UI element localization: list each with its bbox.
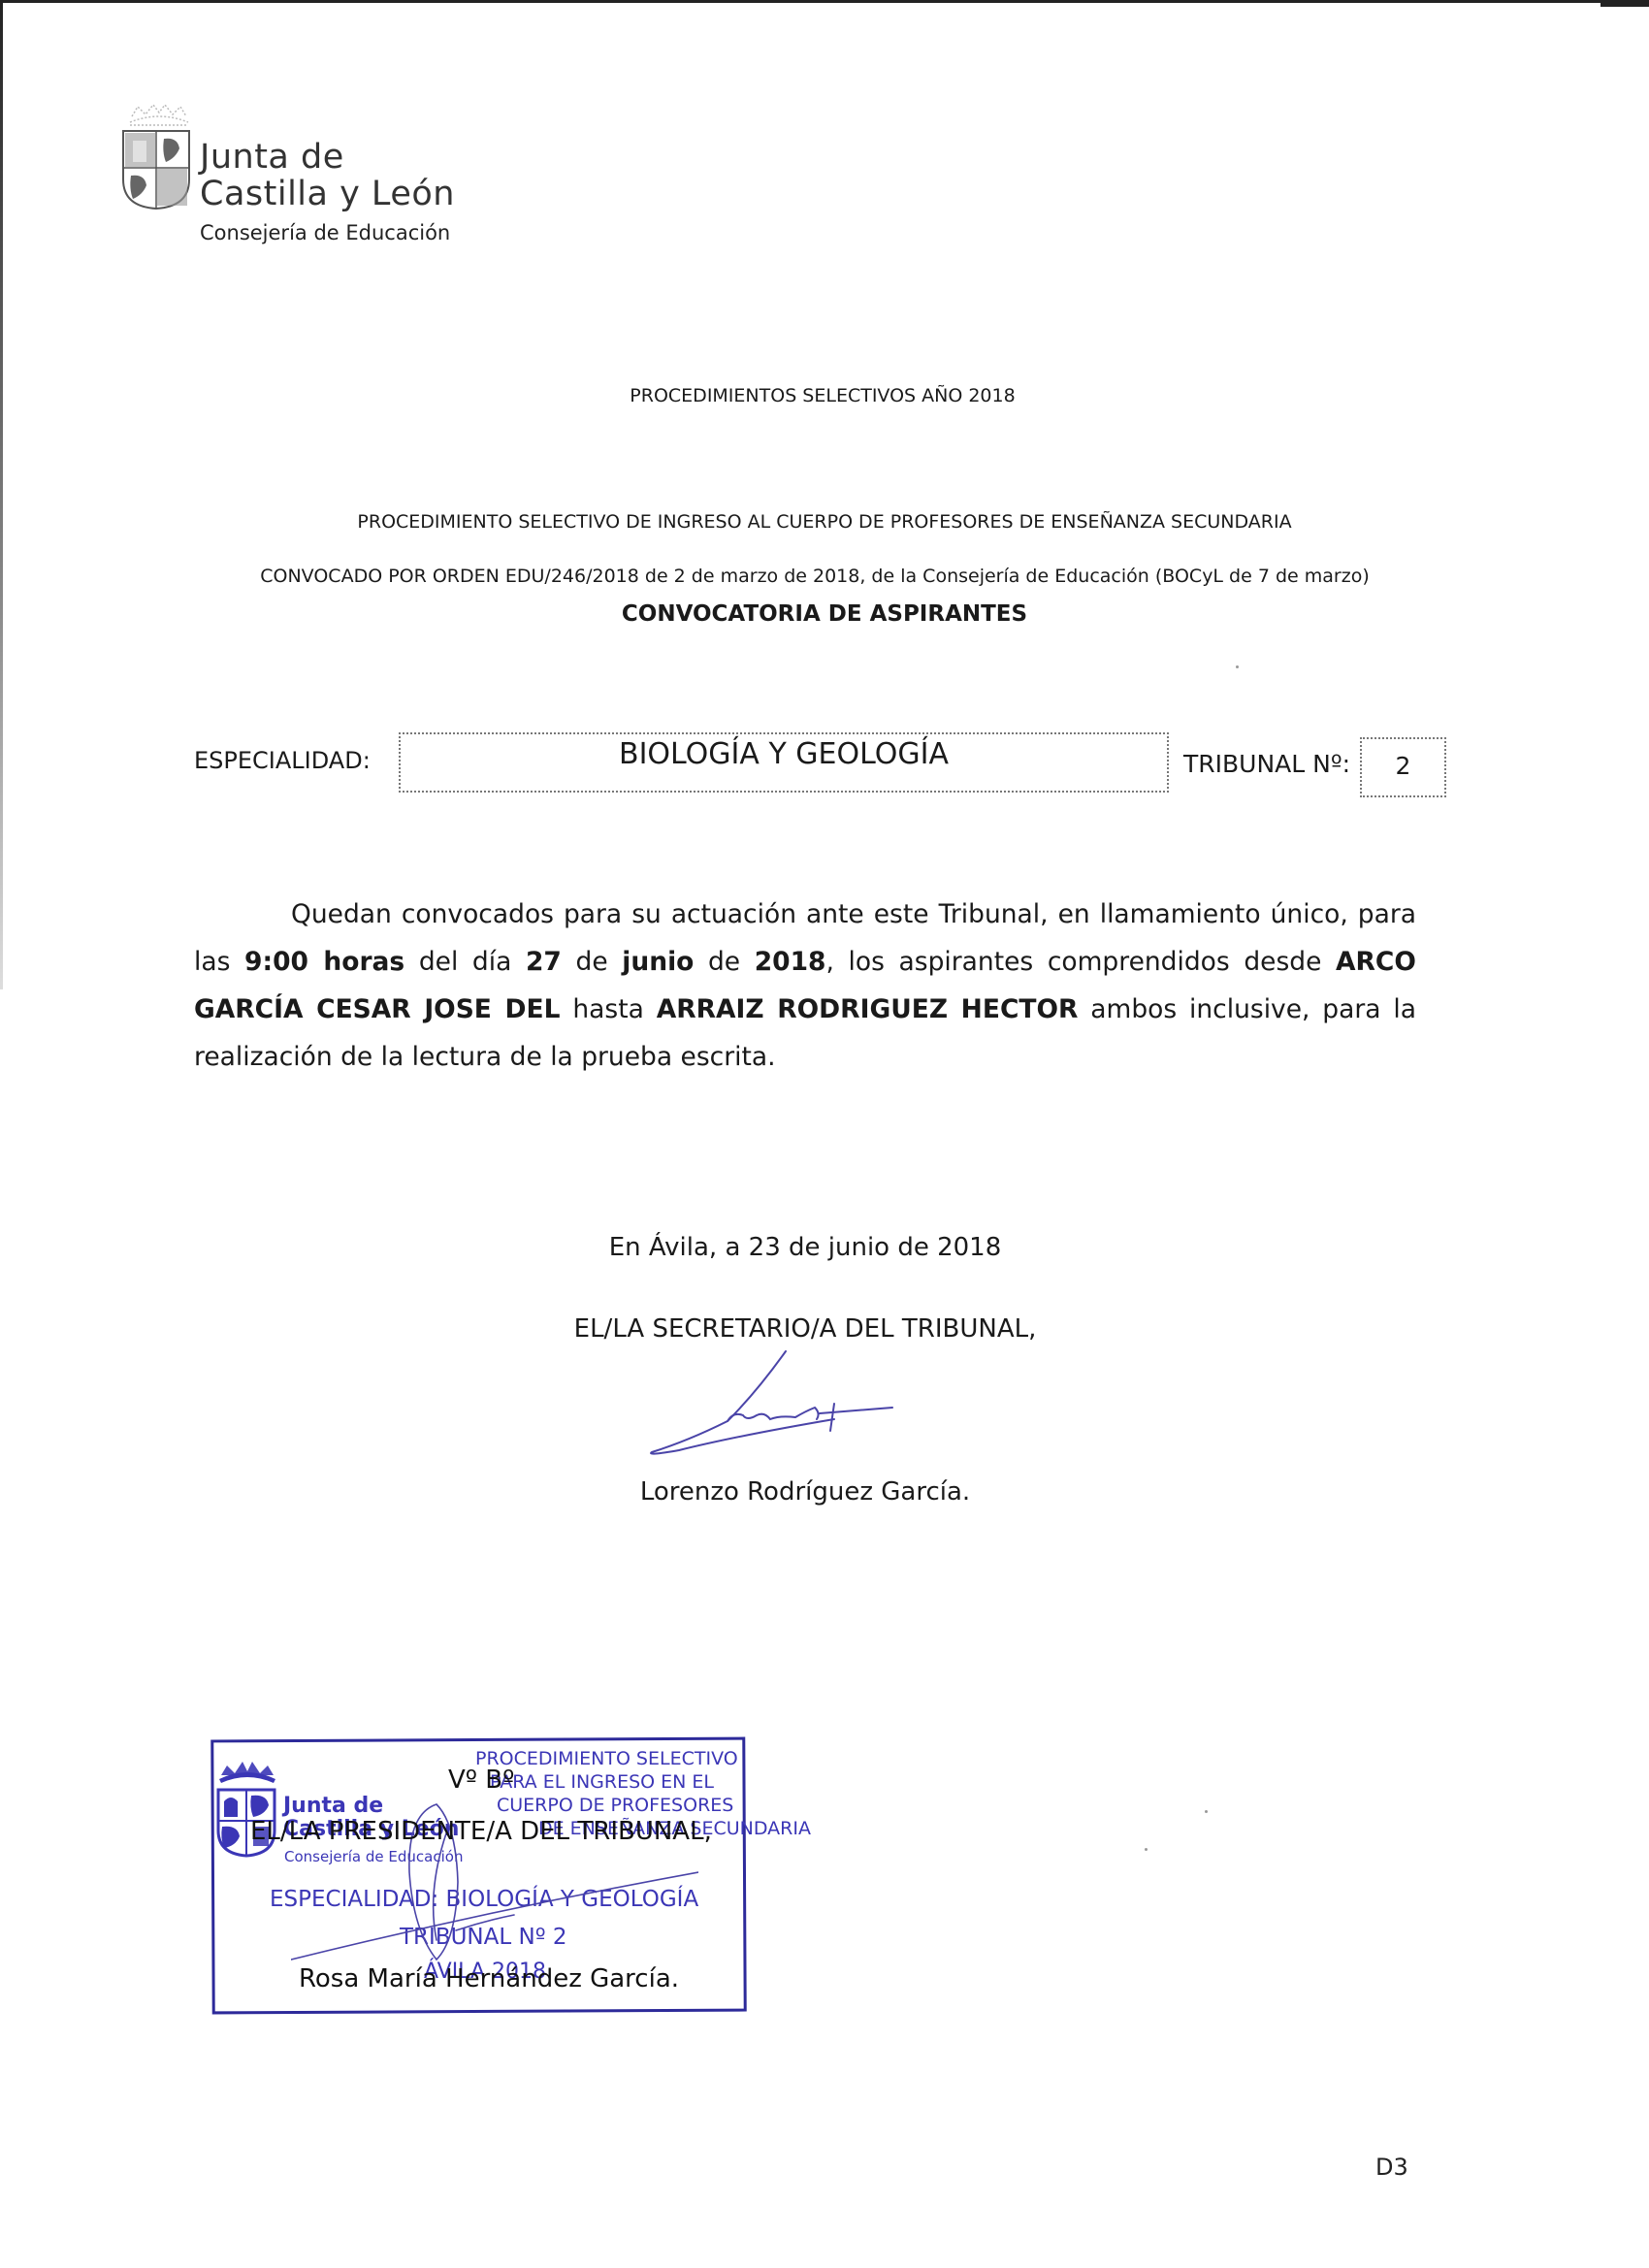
president-title: EL/LA PRESIDENTE/A DEL TRIBUNAL, [250, 1817, 712, 1846]
session-month: junio [622, 947, 694, 977]
organization-name-line1: Junta de [200, 138, 344, 177]
coat-of-arms-icon [121, 129, 191, 211]
department-name: Consejería de Educación [200, 221, 450, 244]
session-time: 9:00 horas [244, 947, 404, 977]
especialidad-label: ESPECIALIDAD: [194, 747, 371, 774]
session-day: 27 [526, 947, 562, 977]
stamp-line2: PARA EL INGRESO EN EL [490, 1771, 714, 1793]
scan-speck [1145, 1848, 1148, 1851]
secretary-signature [650, 1344, 1009, 1460]
body-paragraph: Quedan convocados para su actuación ante… [194, 891, 1416, 1081]
tribunal-value: 2 [1360, 752, 1446, 780]
convened-by-line: CONVOCADO POR ORDEN EDU/246/2018 de 2 de… [0, 566, 1639, 587]
procedures-title: PROCEDIMIENTOS SELECTIVOS AÑO 2018 [0, 385, 1647, 406]
session-year: 2018 [755, 947, 826, 977]
scan-edge-top-right [1600, 2, 1649, 7]
especialidad-value: BIOLOGÍA Y GEOLOGÍA [399, 737, 1169, 771]
scan-edge-top [0, 0, 1649, 3]
place-and-date: En Ávila, a 23 de junio de 2018 [0, 1233, 1610, 1262]
secretary-title: EL/LA SECRETARIO/A DEL TRIBUNAL, [0, 1314, 1610, 1344]
stamp-line1: PROCEDIMIENTO SELECTIVO [475, 1748, 738, 1769]
to-candidate: ARRAIZ RODRIGUEZ HECTOR [657, 994, 1079, 1024]
scan-edge-left [0, 0, 3, 989]
scan-speck [1205, 1810, 1208, 1813]
document-type-heading: CONVOCATORIA DE ASPIRANTES [0, 601, 1649, 627]
procedure-title: PROCEDIMIENTO SELECTIVO DE INGRESO AL CU… [0, 511, 1649, 533]
tribunal-label: TRIBUNAL Nº: [1183, 750, 1350, 778]
secretary-name: Lorenzo Rodríguez García. [0, 1477, 1610, 1507]
crown-icon [124, 99, 194, 126]
vobo-label: Vº Bº [448, 1766, 514, 1795]
page-code: D3 [1375, 2154, 1408, 2181]
organization-name-line2: Castilla y León [200, 175, 455, 213]
scan-speck [1236, 665, 1239, 668]
stamp-crown-icon [215, 1758, 279, 1783]
president-name: Rosa María Hernández García. [299, 1964, 679, 1993]
